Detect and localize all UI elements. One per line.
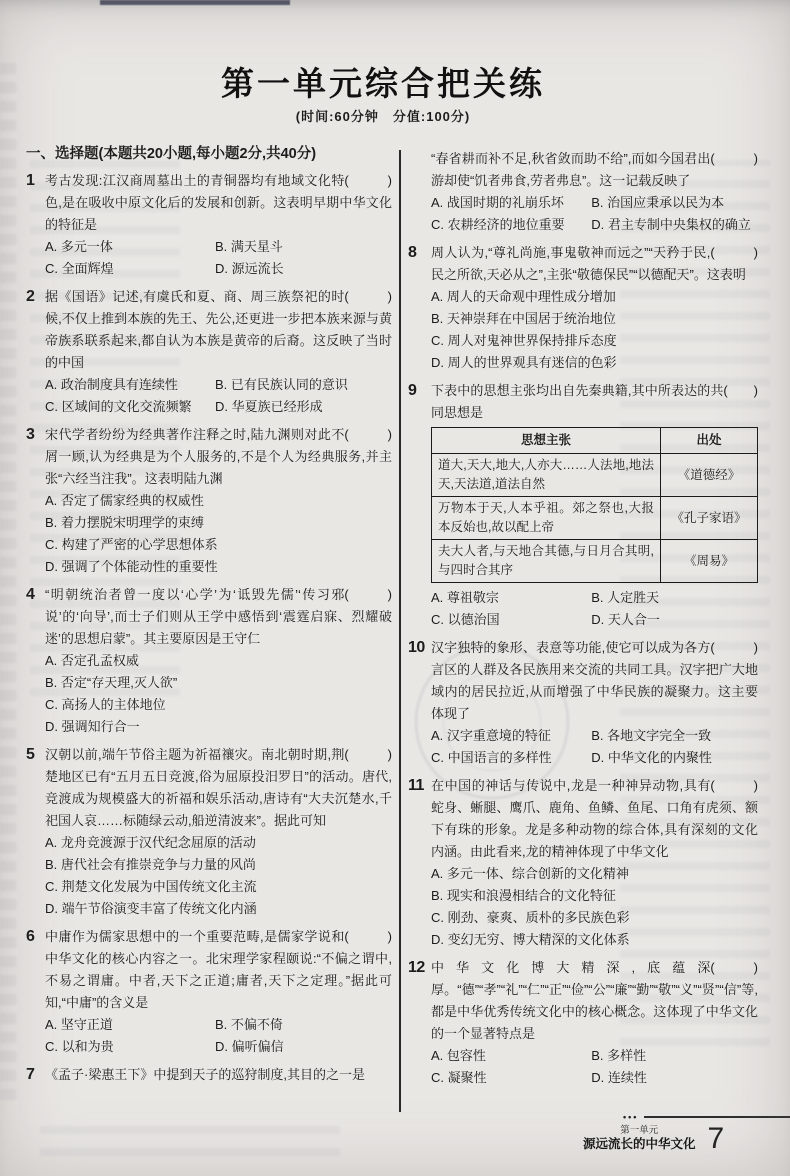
option-text: 满天星斗	[231, 239, 283, 254]
question-body: 《孟子·梁惠王下》中提到天子的巡狩制度,其目的之一是	[45, 1064, 392, 1086]
option-text: 中国语言的多样性	[448, 750, 552, 765]
question-number: 10	[408, 637, 431, 769]
option-label: A.	[431, 289, 447, 304]
option-d: D. 周人的世界观具有迷信的色彩	[431, 352, 758, 374]
question-stem: ( )宋代学者纷纷为经典著作注释之时,陆九渊则对此不屑一顾,认为经典是为个人服务…	[45, 424, 392, 490]
option-text: 多元一体	[61, 239, 113, 254]
question: ( )“春省耕而补不足,秋省敛而助不给”,而如今国君出游却使“饥者弗食,劳者弗息…	[408, 148, 758, 236]
option-text: 着力摆脱宋明理学的束缚	[61, 515, 204, 530]
option-c: C. 高扬人的主体地位	[45, 694, 392, 716]
answer-bracket: ( )	[344, 926, 392, 948]
question: 8( )周人认为,“尊礼尚施,事鬼敬神而远之”“天矜于民,民之所欲,天必从之”,…	[408, 242, 758, 374]
option-text: 天神崇拜在中国居于统治地位	[447, 311, 616, 326]
table-cell-source: 《周易》	[661, 540, 758, 583]
option-label: D.	[591, 217, 608, 232]
option-c: C. 以和为贵	[45, 1036, 215, 1058]
option-label: D.	[431, 932, 448, 947]
options-group: A. 包容性B. 多样性C. 凝聚性D. 连续性	[431, 1045, 758, 1089]
footer-text-row: 第一单元 源远流长的中华文化 7	[575, 1123, 790, 1155]
option-c: C. 以德治国	[431, 609, 591, 631]
option-label: C.	[431, 910, 448, 925]
footer-unit-title: 源远流长的中华文化	[583, 1137, 696, 1151]
question-body: ( )汉字独特的象形、表意等功能,使它可以成为各方言区的人群及各民族用来交流的共…	[431, 637, 758, 769]
question-stem: ( )“明朝统治者曾一度以‘心学’为‘诋毁先儒’‘传习邪说’的‘向导’,而士子们…	[45, 584, 392, 650]
table-header-cell: 思想主张	[432, 428, 661, 454]
question-body: ( )“明朝统治者曾一度以‘心学’为‘诋毁先儒’‘传习邪说’的‘向导’,而士子们…	[45, 584, 392, 738]
question-number: 3	[26, 424, 45, 578]
option-c: C. 农耕经济的地位重要	[431, 214, 591, 236]
option-label: D.	[591, 612, 608, 627]
question-number: 12	[408, 957, 431, 1089]
option-d: D. 强调了个体能动性的重要性	[45, 556, 392, 578]
option-text: 多样性	[607, 1048, 646, 1063]
option-c: C. 刚劲、豪爽、质朴的多民族色彩	[431, 907, 758, 929]
question-number: 2	[26, 286, 45, 418]
option-text: 区域间的文化交流频繁	[62, 399, 192, 414]
answer-bracket: ( )	[710, 148, 758, 170]
option-text: 天人合一	[608, 612, 660, 627]
option-text: 人定胜天	[607, 590, 659, 605]
option-d: D. 连续性	[591, 1067, 758, 1089]
question-stem: ( )据《国语》记述,有虞氏和夏、商、周三族祭祀的时候,不仅上推到本族的先王、先…	[45, 286, 392, 374]
question-number	[408, 148, 431, 236]
option-label: B.	[45, 675, 61, 690]
column-divider	[399, 150, 401, 1112]
option-label: C.	[45, 879, 62, 894]
question-number: 9	[408, 380, 431, 631]
option-label: D.	[45, 559, 62, 574]
question-body: ( )“春省耕而补不足,秋省敛而助不给”,而如今国君出游却使“饥者弗食,劳者弗息…	[431, 148, 758, 236]
option-label: A.	[431, 195, 447, 210]
option-d: D. 天人合一	[591, 609, 758, 631]
option-c: C. 构建了严密的心学思想体系	[45, 534, 392, 556]
option-label: A.	[431, 728, 447, 743]
question-body: ( )宋代学者纷纷为经典著作注释之时,陆九渊则对此不屑一顾,认为经典是为个人服务…	[45, 424, 392, 578]
option-text: 荆楚文化发展为中国传统文化主流	[62, 879, 257, 894]
question: 12( )中华文化博大精深,底蕴深厚。“德”“孝”“礼”“仁”“正”“俭”“公”…	[408, 957, 758, 1089]
question-stem: ( )在中国的神话与传说中,龙是一种神异动物,具有蛇身、蜥腿、鹰爪、鹿角、鱼鳞、…	[431, 775, 758, 863]
question-number: 5	[26, 744, 45, 920]
left-column: 一、选择题(本题共20小题,每小题2分,共40分) 1( )考古发现:江汉商周墓…	[26, 142, 392, 1092]
option-text: 农耕经济的地位重要	[448, 217, 565, 232]
footer-dots-icon: •••	[623, 1112, 638, 1122]
option-text: 周人的世界观具有迷信的色彩	[448, 355, 617, 370]
options-group: A. 龙舟竞渡源于汉代纪念屈原的活动B. 唐代社会有推崇竞争与力量的风尚C. 荆…	[45, 832, 392, 920]
answer-bracket: ( )	[710, 242, 758, 264]
option-text: 华夏族已经形成	[232, 399, 323, 414]
table-cell-claim: 道大,天大,地大,人亦大……人法地,地法天,天法道,道法自然	[432, 454, 661, 497]
option-d: D. 变幻无穷、博大精深的文化体系	[431, 929, 758, 951]
table-cell-source: 《道德经》	[661, 454, 758, 497]
option-text: 坚守正道	[61, 1017, 113, 1032]
exam-page: 第一单元综合把关练 (时间:60分钟 分值:100分) 一、选择题(本题共20小…	[0, 0, 790, 1176]
option-b: B. 不偏不倚	[215, 1014, 392, 1036]
answer-bracket: ( )	[723, 380, 758, 402]
question: 4( )“明朝统治者曾一度以‘心学’为‘诋毁先儒’‘传习邪说’的‘向导’,而士子…	[26, 584, 392, 738]
question-stem: ( )考古发现:江汉商周墓出土的青铜器均有地域文化特色,是在吸收中原文化后的发展…	[45, 170, 392, 236]
question-body: ( )中华文化博大精深,底蕴深厚。“德”“孝”“礼”“仁”“正”“俭”“公”“廉…	[431, 957, 758, 1089]
option-text: 中华文化的内聚性	[608, 750, 712, 765]
question-body: ( )据《国语》记述,有虞氏和夏、商、周三族祭祀的时候,不仅上推到本族的先王、先…	[45, 286, 392, 418]
option-label: D.	[431, 355, 448, 370]
option-d: D. 中华文化的内聚性	[591, 747, 758, 769]
option-label: B.	[215, 1017, 231, 1032]
question: 6( )中庸作为儒家思想中的一个重要范畴,是儒家学说和中华文化的核心内容之一。北…	[26, 926, 392, 1058]
question-body: ( )在中国的神话与传说中,龙是一种神异动物,具有蛇身、蜥腿、鹰爪、鹿角、鱼鳞、…	[431, 775, 758, 951]
option-label: B.	[591, 590, 607, 605]
option-text: 龙舟竞渡源于汉代纪念屈原的活动	[61, 835, 256, 850]
table-cell-claim: 万物本于天,人本乎祖。郊之祭也,大报本反始也,故以配上帝	[432, 497, 661, 540]
page-footer: ••• 第一单元 源远流长的中华文化 7	[575, 1112, 790, 1155]
answer-bracket: ( )	[344, 286, 392, 308]
option-b: B. 多样性	[591, 1045, 758, 1067]
option-label: A.	[45, 835, 61, 850]
option-label: C.	[45, 697, 62, 712]
question: 5( )汉朝以前,端午节俗主题为祈福禳灾。南北朝时期,荆楚地区已有“五月五日竞渡…	[26, 744, 392, 920]
options-group: A. 多元一体、综合创新的文化精神B. 现实和浪漫相结合的文化特征C. 刚劲、豪…	[431, 863, 758, 951]
option-b: B. 治国应秉承以民为本	[591, 192, 758, 214]
option-c: C. 全面辉煌	[45, 258, 215, 280]
question: 1( )考古发现:江汉商周墓出土的青铜器均有地域文化特色,是在吸收中原文化后的发…	[26, 170, 392, 280]
option-text: 偏听偏信	[232, 1039, 284, 1054]
option-text: 高扬人的主体地位	[62, 697, 166, 712]
option-d: D. 强调知行合一	[45, 716, 392, 738]
question-number: 6	[26, 926, 45, 1058]
option-text: 多元一体、综合创新的文化精神	[447, 866, 629, 881]
option-a: A. 多元一体	[45, 236, 215, 258]
option-a: A. 周人的天命观中理性成分增加	[431, 286, 758, 308]
option-label: D.	[215, 261, 232, 276]
options-group: A. 否定孔孟权威B. 否定“存天理,灭人欲”C. 高扬人的主体地位D. 强调知…	[45, 650, 392, 738]
option-d: D. 偏听偏信	[215, 1036, 392, 1058]
option-label: B.	[591, 728, 607, 743]
option-b: B. 天神崇拜在中国居于统治地位	[431, 308, 758, 330]
option-c: C. 中国语言的多样性	[431, 747, 591, 769]
option-text: 政治制度具有连续性	[61, 377, 178, 392]
option-text: 尊祖敬宗	[447, 590, 499, 605]
option-b: B. 人定胜天	[591, 587, 758, 609]
option-text: 强调了个体能动性的重要性	[62, 559, 218, 574]
option-text: 现实和浪漫相结合的文化特征	[447, 888, 616, 903]
option-text: 以德治国	[448, 612, 500, 627]
option-c: C. 区域间的文化交流频繁	[45, 396, 215, 418]
options-group: A. 多元一体B. 满天星斗C. 全面辉煌D. 源远流长	[45, 236, 392, 280]
option-label: B.	[45, 515, 61, 530]
table-cell-source: 《孔子家语》	[661, 497, 758, 540]
option-label: C.	[45, 399, 62, 414]
option-a: A. 汉字重意境的特征	[431, 725, 591, 747]
options-group: A. 否定了儒家经典的权威性B. 着力摆脱宋明理学的束缚C. 构建了严密的心学思…	[45, 490, 392, 578]
option-text: 各地文字完全一致	[607, 728, 711, 743]
option-label: B.	[591, 1048, 607, 1063]
question: 3( )宋代学者纷纷为经典著作注释之时,陆九渊则对此不屑一顾,认为经典是为个人服…	[26, 424, 392, 578]
option-b: B. 着力摆脱宋明理学的束缚	[45, 512, 392, 534]
question-stem: ( )中庸作为儒家思想中的一个重要范畴,是儒家学说和中华文化的核心内容之一。北宋…	[45, 926, 392, 1014]
option-a: A. 否定孔孟权威	[45, 650, 392, 672]
options-group: A. 坚守正道B. 不偏不倚C. 以和为贵D. 偏听偏信	[45, 1014, 392, 1058]
option-text: 汉字重意境的特征	[447, 728, 551, 743]
bleedthrough-left-strip	[0, 60, 16, 1100]
option-label: A.	[45, 493, 61, 508]
option-label: D.	[45, 901, 62, 916]
question-number: 1	[26, 170, 45, 280]
question-stem: ( )汉字独特的象形、表意等功能,使它可以成为各方言区的人群及各民族用来交流的共…	[431, 637, 758, 725]
option-a: A. 多元一体、综合创新的文化精神	[431, 863, 758, 885]
option-label: A.	[431, 590, 447, 605]
answer-bracket: ( )	[710, 775, 758, 797]
question: 2( )据《国语》记述,有虞氏和夏、商、周三族祭祀的时候,不仅上推到本族的先王、…	[26, 286, 392, 418]
options-group: A. 周人的天命观中理性成分增加B. 天神崇拜在中国居于统治地位C. 周人对鬼神…	[431, 286, 758, 374]
option-text: 否定孔孟权威	[61, 653, 139, 668]
question-stem: ( )中华文化博大精深,底蕴深厚。“德”“孝”“礼”“仁”“正”“俭”“公”“廉…	[431, 957, 758, 1045]
question-body: ( )下表中的思想主张均出自先秦典籍,其中所表达的共同思想是思想主张出处道大,天…	[431, 380, 758, 631]
option-text: 端午节俗演变丰富了传统文化内涵	[62, 901, 257, 916]
option-label: D.	[591, 750, 608, 765]
option-label: C.	[431, 217, 448, 232]
option-d: D. 君主专制中央集权的确立	[591, 214, 758, 236]
option-text: 凝聚性	[448, 1070, 487, 1085]
option-a: A. 坚守正道	[45, 1014, 215, 1036]
option-a: A. 包容性	[431, 1045, 591, 1067]
option-label: A.	[45, 1017, 61, 1032]
option-c: C. 凝聚性	[431, 1067, 591, 1089]
option-b: B. 唐代社会有推崇竞争与力量的风尚	[45, 854, 392, 876]
option-text: 不偏不倚	[231, 1017, 283, 1032]
option-text: 否定“存天理,灭人欲”	[61, 675, 177, 690]
option-label: B.	[431, 888, 447, 903]
question-number: 11	[408, 775, 431, 951]
bleedthrough-block-bottom	[40, 1120, 340, 1170]
option-text: 君主专制中央集权的确立	[608, 217, 751, 232]
question-body: ( )汉朝以前,端午节俗主题为祈福禳灾。南北朝时期,荆楚地区已有“五月五日竞渡,…	[45, 744, 392, 920]
option-text: 变幻无穷、博大精深的文化体系	[448, 932, 630, 947]
option-label: C.	[431, 333, 448, 348]
option-text: 以和为贵	[62, 1039, 114, 1054]
right-column: ( )“春省耕而补不足,秋省敛而助不给”,而如今国君出游却使“饥者弗食,劳者弗息…	[408, 148, 758, 1095]
footer-unit-label: 第一单元	[583, 1126, 696, 1137]
option-label: A.	[431, 866, 447, 881]
footer-rule-row: •••	[575, 1112, 790, 1122]
question-number: 4	[26, 584, 45, 738]
options-group: A. 战国时期的礼崩乐坏B. 治国应秉承以民为本C. 农耕经济的地位重要D. 君…	[431, 192, 758, 236]
option-text: 周人的天命观中理性成分增加	[447, 289, 616, 304]
question-stem: ( )汉朝以前,端午节俗主题为祈福禳灾。南北朝时期,荆楚地区已有“五月五日竞渡,…	[45, 744, 392, 832]
option-text: 构建了严密的心学思想体系	[62, 537, 218, 552]
option-text: 源远流长	[232, 261, 284, 276]
option-label: C.	[431, 1070, 448, 1085]
page-number: 7	[708, 1123, 725, 1155]
option-label: C.	[431, 612, 448, 627]
option-text: 唐代社会有推崇竞争与力量的风尚	[61, 857, 256, 872]
option-b: B. 满天星斗	[215, 236, 392, 258]
table-row: 夫大人者,与天地合其德,与日月合其明,与四时合其序《周易》	[432, 540, 758, 583]
option-label: A.	[45, 653, 61, 668]
option-a: A. 战国时期的礼崩乐坏	[431, 192, 591, 214]
option-a: A. 否定了儒家经典的权威性	[45, 490, 392, 512]
option-a: A. 政治制度具有连续性	[45, 374, 215, 396]
option-text: 连续性	[608, 1070, 647, 1085]
question-stem: ( )下表中的思想主张均出自先秦典籍,其中所表达的共同思想是	[431, 380, 758, 424]
option-d: D. 端午节俗演变丰富了传统文化内涵	[45, 898, 392, 920]
answer-bracket: ( )	[344, 584, 392, 606]
footer-rule	[644, 1116, 790, 1118]
footer-unit-block: 第一单元 源远流长的中华文化	[583, 1126, 696, 1151]
option-b: B. 现实和浪漫相结合的文化特征	[431, 885, 758, 907]
scan-edge-artifact	[100, 0, 290, 5]
answer-bracket: ( )	[344, 424, 392, 446]
option-text: 刚劲、豪爽、质朴的多民族色彩	[448, 910, 630, 925]
option-label: B.	[431, 311, 447, 326]
table-row: 道大,天大,地大,人亦大……人法地,地法天,天法道,道法自然《道德经》	[432, 454, 758, 497]
option-label: B.	[215, 239, 231, 254]
table-header-row: 思想主张出处	[432, 428, 758, 454]
option-b: B. 否定“存天理,灭人欲”	[45, 672, 392, 694]
option-c: C. 周人对鬼神世界保持排斥态度	[431, 330, 758, 352]
option-d: D. 华夏族已经形成	[215, 396, 392, 418]
option-text: 否定了儒家经典的权威性	[61, 493, 204, 508]
option-label: D.	[45, 719, 62, 734]
option-text: 包容性	[447, 1048, 486, 1063]
option-label: D.	[215, 399, 232, 414]
option-label: D.	[591, 1070, 608, 1085]
option-label: C.	[431, 750, 448, 765]
question-body: ( )中庸作为儒家思想中的一个重要范畴,是儒家学说和中华文化的核心内容之一。北宋…	[45, 926, 392, 1058]
option-label: A.	[45, 239, 61, 254]
table-cell-claim: 夫大人者,与天地合其德,与日月合其明,与四时合其序	[432, 540, 661, 583]
option-label: A.	[431, 1048, 447, 1063]
option-label: C.	[45, 537, 62, 552]
question: 9( )下表中的思想主张均出自先秦典籍,其中所表达的共同思想是思想主张出处道大,…	[408, 380, 758, 631]
answer-bracket: ( )	[710, 957, 758, 979]
option-text: 战国时期的礼崩乐坏	[447, 195, 564, 210]
option-text: 治国应秉承以民为本	[607, 195, 724, 210]
option-text: 周人对鬼神世界保持排斥态度	[448, 333, 617, 348]
exam-meta: (时间:60分钟 分值:100分)	[0, 106, 766, 125]
question: 11( )在中国的神话与传说中,龙是一种神异动物,具有蛇身、蜥腿、鹰爪、鹿角、鱼…	[408, 775, 758, 951]
option-text: 已有民族认同的意识	[231, 377, 348, 392]
options-group: A. 尊祖敬宗B. 人定胜天C. 以德治国D. 天人合一	[431, 587, 758, 631]
table-header-cell: 出处	[661, 428, 758, 454]
option-label: C.	[45, 261, 62, 276]
question: 10( )汉字独特的象形、表意等功能,使它可以成为各方言区的人群及各民族用来交流…	[408, 637, 758, 769]
option-label: B.	[591, 195, 607, 210]
option-label: C.	[45, 1039, 62, 1054]
option-label: B.	[215, 377, 231, 392]
question-body: ( )考古发现:江汉商周墓出土的青铜器均有地域文化特色,是在吸收中原文化后的发展…	[45, 170, 392, 280]
options-group: A. 政治制度具有连续性B. 已有民族认同的意识C. 区域间的文化交流频繁D. …	[45, 374, 392, 418]
answer-bracket: ( )	[344, 744, 392, 766]
option-label: D.	[215, 1039, 232, 1054]
option-b: B. 各地文字完全一致	[591, 725, 758, 747]
option-a: A. 龙舟竞渡源于汉代纪念屈原的活动	[45, 832, 392, 854]
question-number: 7	[26, 1064, 45, 1086]
option-label: A.	[45, 377, 61, 392]
option-label: B.	[45, 857, 61, 872]
page-title: 第一单元综合把关练	[0, 58, 766, 105]
table-row: 万物本于天,人本乎祖。郊之祭也,大报本反始也,故以配上帝《孔子家语》	[432, 497, 758, 540]
section-header: 一、选择题(本题共20小题,每小题2分,共40分)	[26, 142, 392, 167]
question-stem: ( )“春省耕而补不足,秋省敛而助不给”,而如今国君出游却使“饥者弗食,劳者弗息…	[431, 148, 758, 192]
question: 7《孟子·梁惠王下》中提到天子的巡狩制度,其目的之一是	[26, 1064, 392, 1086]
option-text: 全面辉煌	[62, 261, 114, 276]
option-a: A. 尊祖敬宗	[431, 587, 591, 609]
option-text: 强调知行合一	[62, 719, 140, 734]
question-stem: 《孟子·梁惠王下》中提到天子的巡狩制度,其目的之一是	[45, 1064, 392, 1086]
answer-bracket: ( )	[710, 637, 758, 659]
option-c: C. 荆楚文化发展为中国传统文化主流	[45, 876, 392, 898]
question-stem: ( )周人认为,“尊礼尚施,事鬼敬神而远之”“天矜于民,民之所欲,天必从之”,主…	[431, 242, 758, 286]
options-group: A. 汉字重意境的特征B. 各地文字完全一致C. 中国语言的多样性D. 中华文化…	[431, 725, 758, 769]
thought-table: 思想主张出处道大,天大,地大,人亦大……人法地,地法天,天法道,道法自然《道德经…	[431, 427, 758, 583]
thought-table-body: 道大,天大,地大,人亦大……人法地,地法天,天法道,道法自然《道德经》万物本于天…	[432, 454, 758, 583]
question-number: 8	[408, 242, 431, 374]
option-d: D. 源远流长	[215, 258, 392, 280]
answer-bracket: ( )	[344, 170, 392, 192]
option-b: B. 已有民族认同的意识	[215, 374, 392, 396]
thought-table-head: 思想主张出处	[432, 428, 758, 454]
question-body: ( )周人认为,“尊礼尚施,事鬼敬神而远之”“天矜于民,民之所欲,天必从之”,主…	[431, 242, 758, 374]
